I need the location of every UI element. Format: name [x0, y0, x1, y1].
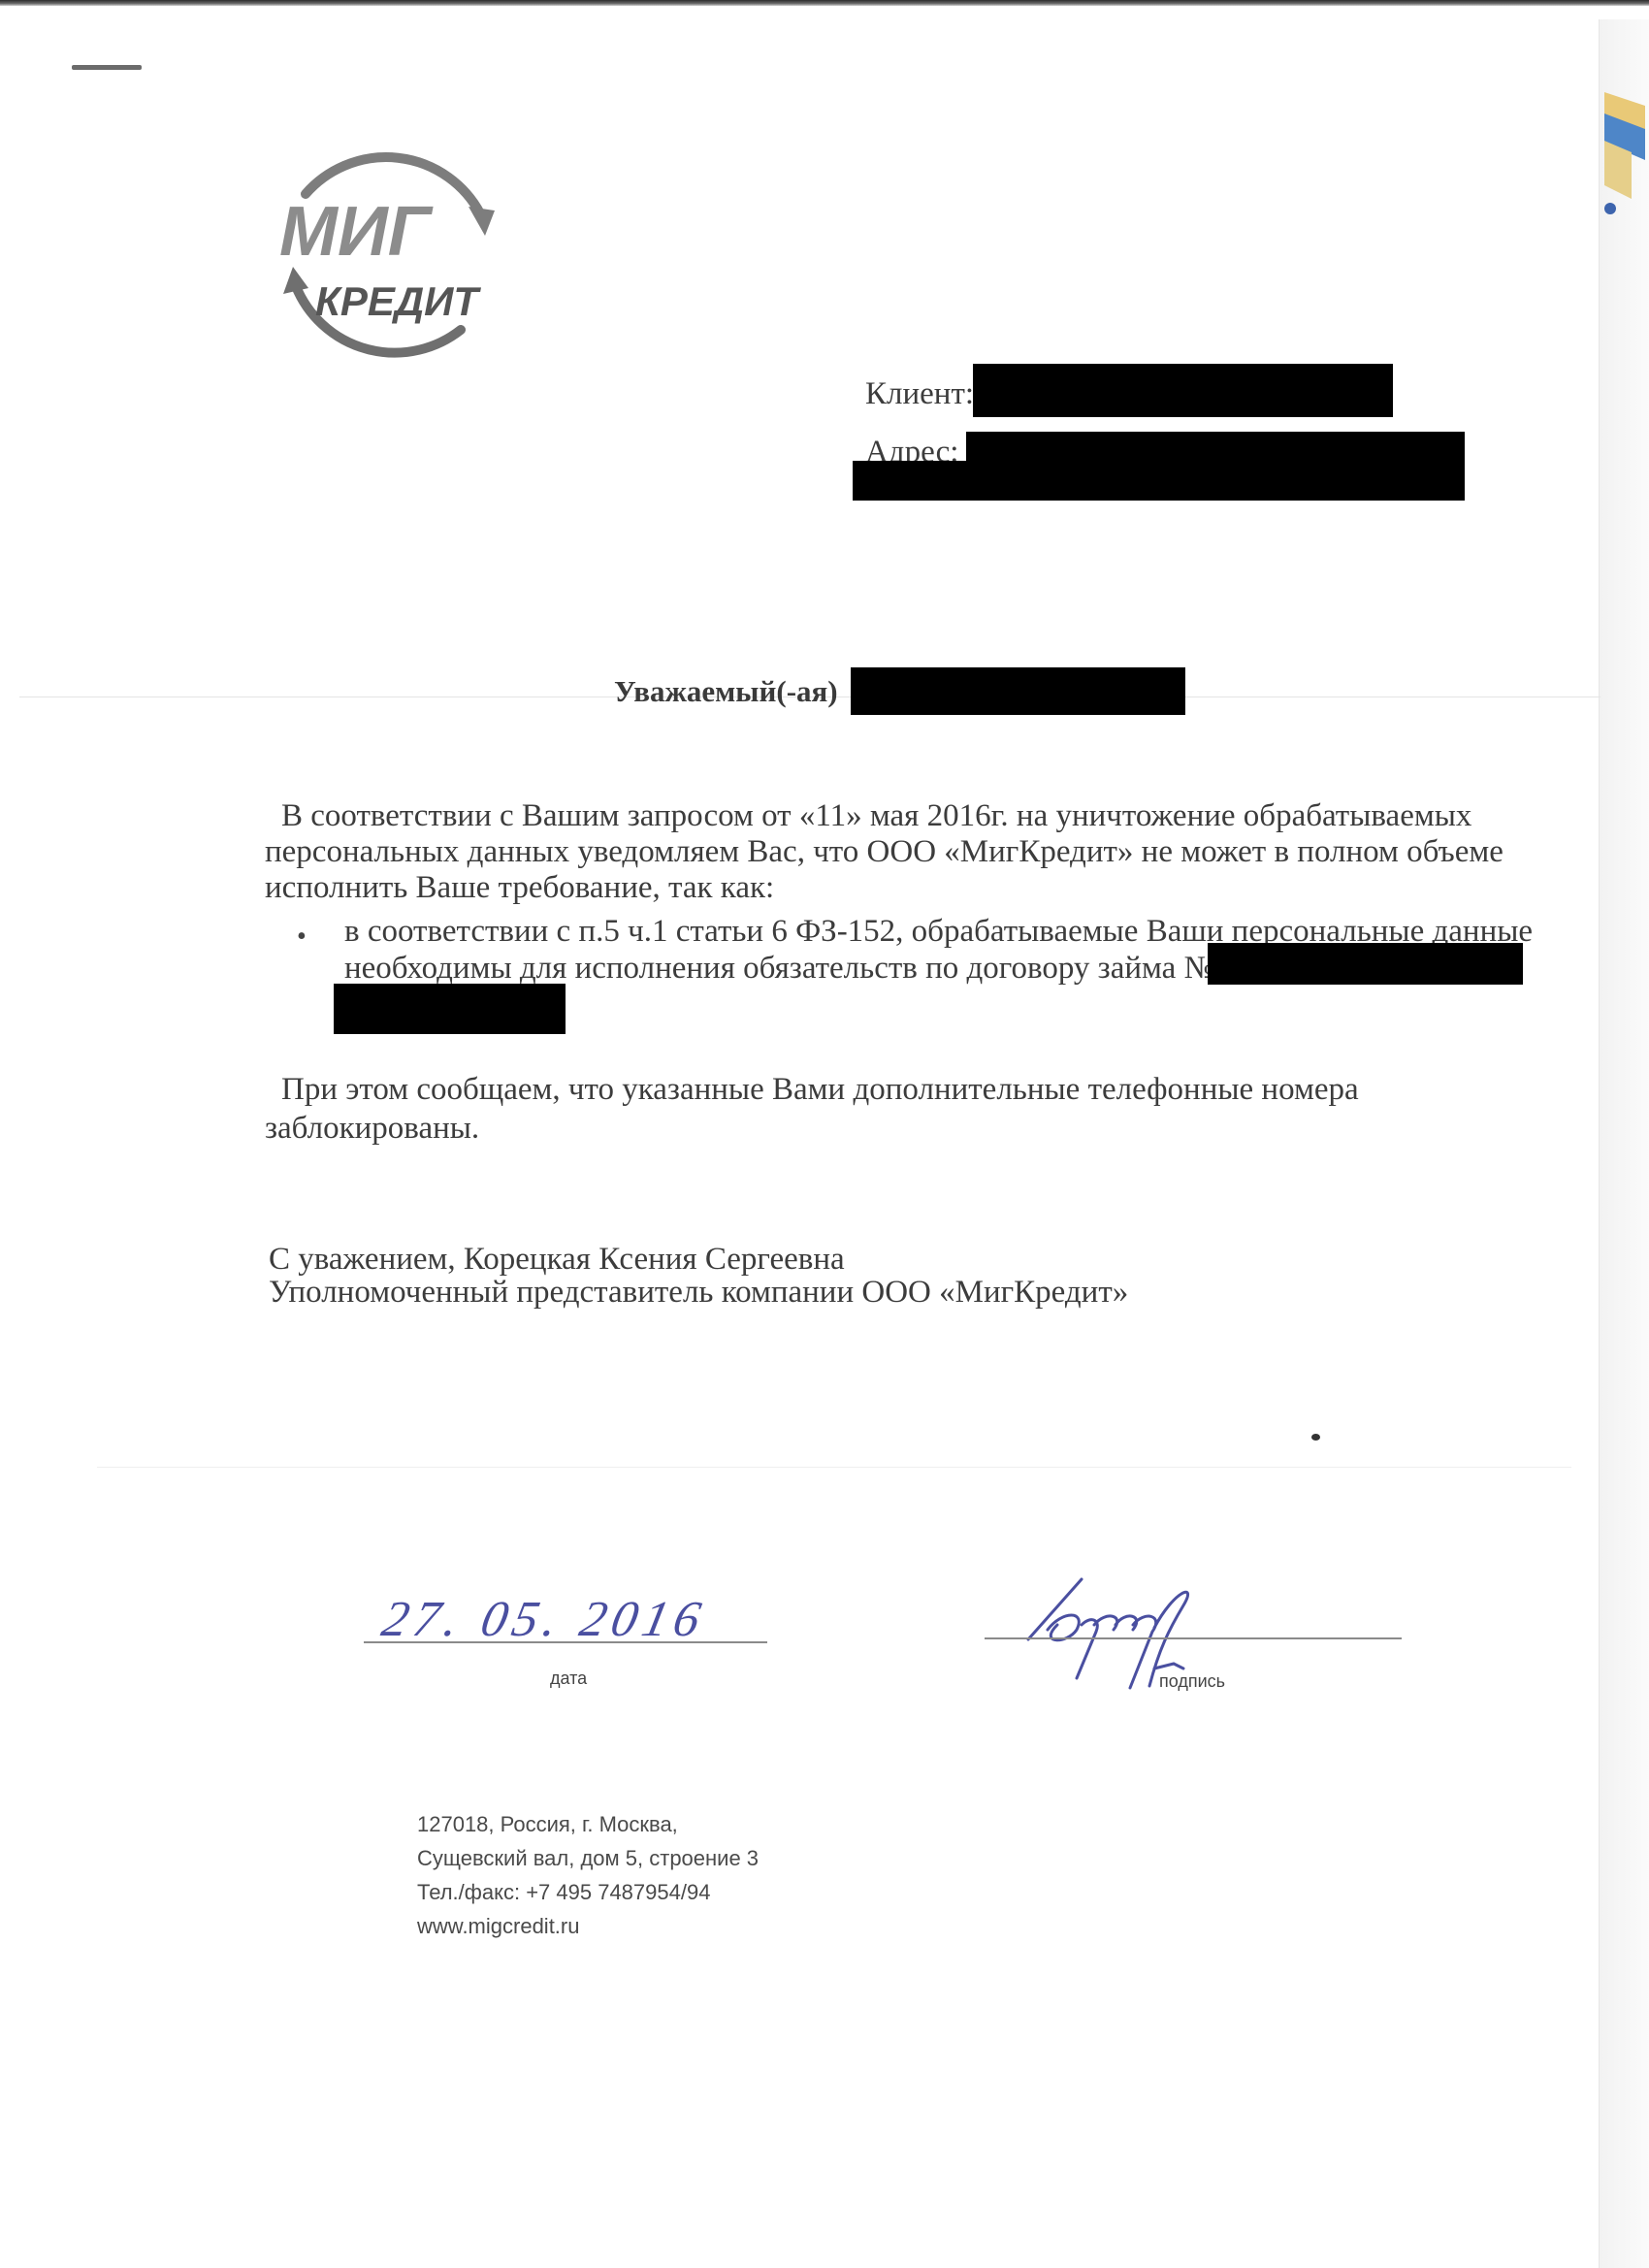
- address-redacted: [966, 432, 1465, 461]
- signature-label: подпись: [1159, 1671, 1225, 1692]
- svg-text:КРЕДИТ: КРЕДИТ: [315, 278, 481, 324]
- date-line: [364, 1641, 767, 1643]
- scan-right-edge: [1599, 19, 1649, 2268]
- footer-phone: Тел./факс: +7 495 7487954/94: [417, 1875, 710, 1909]
- footer-address-line: 127018, Россия, г. Москва,: [417, 1807, 678, 1841]
- migcredit-logo: МИГ КРЕДИТ: [262, 121, 504, 364]
- client-name-redacted: [973, 364, 1393, 417]
- loan-number-redacted: [334, 984, 566, 1034]
- bullet-icon: •: [297, 922, 307, 953]
- date-label: дата: [550, 1669, 587, 1689]
- footer-address-line: Сущевский вал, дом 5, строение 3: [417, 1841, 759, 1875]
- signature-line: [985, 1637, 1402, 1639]
- fold-line: [97, 1467, 1571, 1468]
- scan-top-edge: [0, 0, 1649, 6]
- bullet-line: необходимы для исполнения обязательств п…: [344, 951, 1214, 986]
- client-label: Клиент:: [865, 376, 974, 411]
- body-paragraph-line: персональных данных уведомляем Вас, что …: [265, 834, 1503, 869]
- footer-website-link[interactable]: www.migcredit.ru: [417, 1909, 579, 1943]
- body-paragraph-line: исполнить Ваше требование, так как:: [265, 870, 774, 905]
- svg-text:МИГ: МИГ: [279, 193, 434, 271]
- scan-dash-mark: [72, 65, 142, 70]
- address-redacted: [853, 461, 1465, 501]
- handwritten-date: 27. 05. 2016: [377, 1591, 712, 1648]
- greeting: Уважаемый(-ая): [614, 674, 838, 709]
- body-paragraph-line: заблокированы.: [265, 1111, 479, 1146]
- loan-number-redacted: [1208, 943, 1523, 985]
- body-paragraph-line: При этом сообщаем, что указанные Вами до…: [281, 1072, 1359, 1107]
- ink-speck: [1311, 1434, 1320, 1441]
- body-paragraph-line: В соответствии с Вашим запросом от «11» …: [281, 798, 1471, 833]
- closing-title: Уполномоченный представитель компании ОО…: [269, 1275, 1128, 1310]
- recipient-name-redacted: [851, 667, 1185, 715]
- underlying-page-graphic: [1602, 92, 1645, 247]
- closing-signoff: С уважением, Корецкая Ксения Сергеевна: [269, 1242, 845, 1277]
